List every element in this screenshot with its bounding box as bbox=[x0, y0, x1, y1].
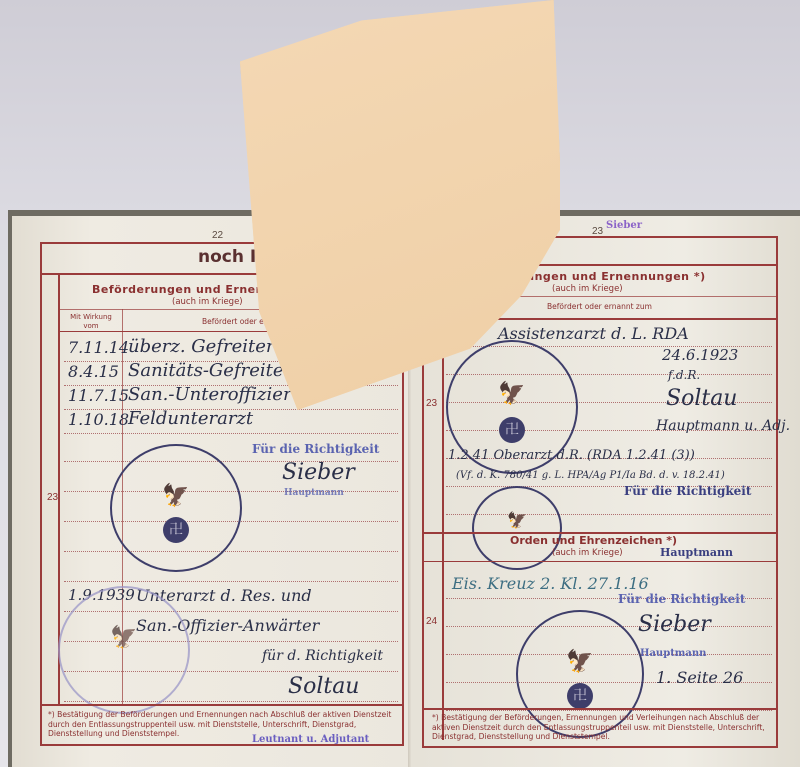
certification-note: für d. Richtigkeit bbox=[262, 648, 383, 664]
entry-rank: San.-Unteroffizier bbox=[128, 384, 292, 405]
handwritten-line: 24.6.1923 bbox=[662, 346, 738, 364]
certification-stamp: Für die Richtigkeit bbox=[252, 442, 379, 456]
entry-date: 1.10.18 bbox=[68, 410, 129, 429]
entry-date: 8.4.15 bbox=[68, 362, 119, 381]
section-subtitle: (auch im Kriege) bbox=[172, 297, 243, 307]
col-rank-header: Befördert oder ernannt zum bbox=[547, 302, 652, 311]
emblem-icon: 卍 bbox=[163, 517, 189, 543]
side-number-2: 24 bbox=[426, 616, 437, 627]
eagle-emblem-icon: 🦅 bbox=[162, 483, 189, 508]
side-number: 23 bbox=[426, 398, 437, 409]
wehrbezirkskommando-seal-right-small: 🦅 bbox=[472, 486, 562, 570]
footnote: *) Bestätigung der Beförderungen, Ernenn… bbox=[432, 713, 770, 742]
col-date-header: Mit Wirkung vom bbox=[62, 313, 120, 331]
eagle-emblem-icon: 🦅 bbox=[498, 382, 525, 407]
entry-date: 7.11.14 bbox=[68, 338, 129, 357]
rank-stamp: Hauptmann bbox=[660, 546, 733, 559]
certification-stamp: Für die Richtigkeit bbox=[624, 484, 751, 498]
adjutant-stamp: Leutnant u. Adjutant bbox=[252, 734, 369, 745]
entry-1941-ref: (Vf. d. K. 780/41 g. L. HPA/Ag P1/Ia Bd.… bbox=[456, 470, 725, 481]
rank-stamp: Hauptmann bbox=[284, 488, 344, 498]
wehrbezirkskommando-seal-left: 🦅 卍 bbox=[110, 444, 242, 572]
entry-rank: Feldunterarzt bbox=[128, 408, 253, 429]
handwritten-line: Hauptmann u. Adj. bbox=[656, 418, 790, 434]
entry-rank: Sanitäts-Gefreiter bbox=[128, 360, 292, 381]
top-stamp: Sieber bbox=[606, 220, 642, 231]
signature: Soltau bbox=[288, 674, 359, 699]
handwritten-line: f.d.R. bbox=[668, 368, 700, 382]
entry-rank: überz. Gefreiter bbox=[128, 336, 275, 357]
emblem-icon: 卍 bbox=[499, 417, 525, 443]
signature: Soltau bbox=[666, 386, 737, 411]
signature: Sieber bbox=[282, 460, 355, 485]
side-number: 23 bbox=[47, 492, 58, 503]
page-number-left: 22 bbox=[212, 230, 223, 241]
entry-1941: 1.2.41 Oberarzt d.R. (RDA 1.2.41 (3)) bbox=[448, 448, 695, 463]
certification-stamp: Für die Richtigkeit bbox=[618, 592, 745, 606]
landesschuetzen-seal-left-faint: 🦅 bbox=[58, 586, 190, 714]
rank-stamp: Hauptmann bbox=[640, 648, 706, 659]
signature: Sieber bbox=[638, 612, 711, 637]
eagle-emblem-icon: 🦅 bbox=[566, 649, 593, 674]
section-subtitle: (auch im Kriege) bbox=[552, 284, 623, 294]
handwritten-line: Assistenzarzt d. L. RDA bbox=[498, 324, 689, 343]
emblem-icon: 卍 bbox=[567, 683, 593, 709]
section2-title: Orden und Ehrenzeichen *) bbox=[510, 534, 677, 547]
award-entry: Eis. Kreuz 2. Kl. 27.1.16 bbox=[452, 574, 649, 593]
page-note: 1. Seite 26 bbox=[656, 668, 743, 687]
eagle-emblem-icon: 🦅 bbox=[507, 511, 527, 530]
header-partial: noch I bbox=[198, 247, 256, 267]
entry-date: 11.7.15 bbox=[68, 386, 129, 405]
eagle-emblem-icon: 🦅 bbox=[110, 625, 137, 650]
section2-subtitle: (auch im Kriege) bbox=[552, 548, 623, 558]
